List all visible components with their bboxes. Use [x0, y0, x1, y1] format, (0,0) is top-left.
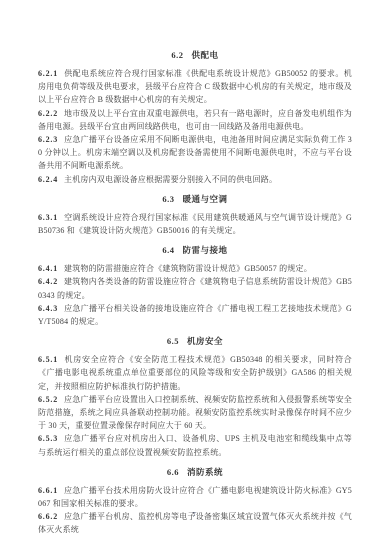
clause-text: 主机房内双电源设备应根据需要分别接入不同的供电回路。	[64, 175, 277, 184]
clause-text: 供配电系统应符合现行国家标准《供配电系统设计规范》GB50052 的要求。机房用…	[38, 69, 352, 104]
clause-text: 应急广播平台应对机房出入口、设备机房、UPS 主机及电池室和缆线集中点等与系统运…	[38, 434, 352, 456]
section-heading: 6.5机房安全	[38, 336, 352, 346]
clause-text: 空调系统设计应符合现行国家标准《民用建筑供暖通风与空气调节设计规范》GB5073…	[38, 213, 352, 235]
section-number: 6.4	[162, 245, 174, 255]
clause-paragraph: 6.2.4主机房内双电源设备应根据需要分别接入不同的供电回路。	[38, 173, 352, 186]
clause-number: 6.5.2	[38, 395, 58, 404]
clause-paragraph: 6.5.1机房安全应符合《安全防范工程技术规范》GB50348 的相关要求，同时…	[38, 353, 352, 393]
section-title: 机房安全	[187, 336, 223, 346]
section-title: 消防系统	[187, 467, 223, 477]
clause-paragraph: 6.3.1空调系统设计应符合现行国家标准《民用建筑供暖通风与空气调节设计规范》G…	[38, 211, 352, 237]
clause-text: 机房安全应符合《安全防范工程技术规范》GB50348 的相关要求，同时符合《广播…	[38, 355, 352, 390]
clause-number: 6.2.4	[38, 175, 58, 184]
clause-paragraph: 6.2.2地市级及以上平台宜由双重电源供电，若只有一路电源时，应自备发电机组作为…	[38, 107, 352, 133]
clause-paragraph: 6.5.3应急广播平台应对机房出入口、设备机房、UPS 主机及电池室和缆线集中点…	[38, 432, 352, 458]
section-heading: 6.6消防系统	[38, 467, 352, 477]
section-heading: 6.3暖通与空调	[38, 194, 352, 204]
clause-number: 6.5.3	[38, 434, 58, 443]
section-heading: 6.2供配电	[38, 50, 352, 60]
clause-text: 建筑物内各类设备的防雷设施应符合《建筑物电子信息系统防雷设计规范》GB50343…	[38, 277, 352, 299]
section-title: 供配电	[192, 50, 219, 60]
clause-number: 6.2.3	[38, 135, 58, 144]
page-number: 7	[0, 511, 388, 519]
page-body: 6.2供配电6.2.1供配电系统应符合现行国家标准《供配电系统设计规范》GB50…	[38, 50, 352, 537]
clause-text: 应急广播平台技术用房防火设计应符合《广播电影电视建筑设计防火标准》GY5067 …	[38, 486, 352, 508]
document-page: 6.2供配电6.2.1供配电系统应符合现行国家标准《供配电系统设计规范》GB50…	[0, 0, 388, 551]
clause-number: 6.2.2	[38, 109, 58, 118]
clause-text: 地市级及以上平台宜由双重电源供电，若只有一路电源时，应自备发电机组作为备用电源。…	[38, 109, 352, 131]
clause-paragraph: 6.2.3应急广播平台设备应采用不间断电源供电，电池备用时间应满足实际负荷工作 …	[38, 133, 352, 173]
clause-number: 6.5.1	[38, 355, 58, 364]
section-number: 6.5	[167, 336, 179, 346]
clause-text: 应急广播平台应设置出入口控制系统、视频安防监控系统和入侵报警系统等安全防范措施，…	[38, 395, 352, 430]
section-heading: 6.4防雷与接地	[38, 245, 352, 255]
clause-number: 6.4.1	[38, 264, 58, 273]
section-number: 6.3	[162, 194, 174, 204]
clause-paragraph: 6.4.2建筑物内各类设备的防雷设施应符合《建筑物电子信息系统防雷设计规范》GB…	[38, 275, 352, 301]
clause-text: 应急广播平台设备应采用不间断电源供电，电池备用时间应满足实际负荷工作 30 分钟…	[38, 135, 352, 170]
clause-number: 6.3.1	[38, 213, 58, 222]
section-title: 防雷与接地	[183, 245, 228, 255]
section-number: 6.2	[171, 50, 183, 60]
clause-text: 应急广播平台相关设备的接地设施应符合《广播电视工程工艺接地技术规范》GY/T50…	[38, 304, 352, 326]
clause-paragraph: 6.6.1应急广播平台技术用房防火设计应符合《广播电影电视建筑设计防火标准》GY…	[38, 484, 352, 510]
clause-paragraph: 6.4.1建筑物的防雷措施应符合《建筑物防雷设计规范》GB50057 的规定。	[38, 262, 352, 275]
section-title: 暖通与空调	[183, 194, 228, 204]
clause-paragraph: 6.5.2应急广播平台应设置出入口控制系统、视频安防监控系统和入侵报警系统等安全…	[38, 393, 352, 433]
clause-paragraph: 6.4.3应急广播平台相关设备的接地设施应符合《广播电视工程工艺接地技术规范》G…	[38, 302, 352, 328]
clause-number: 6.4.2	[38, 277, 58, 286]
clause-number: 6.6.1	[38, 486, 58, 495]
section-number: 6.6	[167, 467, 179, 477]
clause-number: 6.4.3	[38, 304, 58, 313]
clause-paragraph: 6.2.1供配电系统应符合现行国家标准《供配电系统设计规范》GB50052 的要…	[38, 67, 352, 107]
clause-text: 建筑物的防雷措施应符合《建筑物防雷设计规范》GB50057 的规定。	[64, 264, 312, 273]
clause-number: 6.2.1	[38, 69, 58, 78]
